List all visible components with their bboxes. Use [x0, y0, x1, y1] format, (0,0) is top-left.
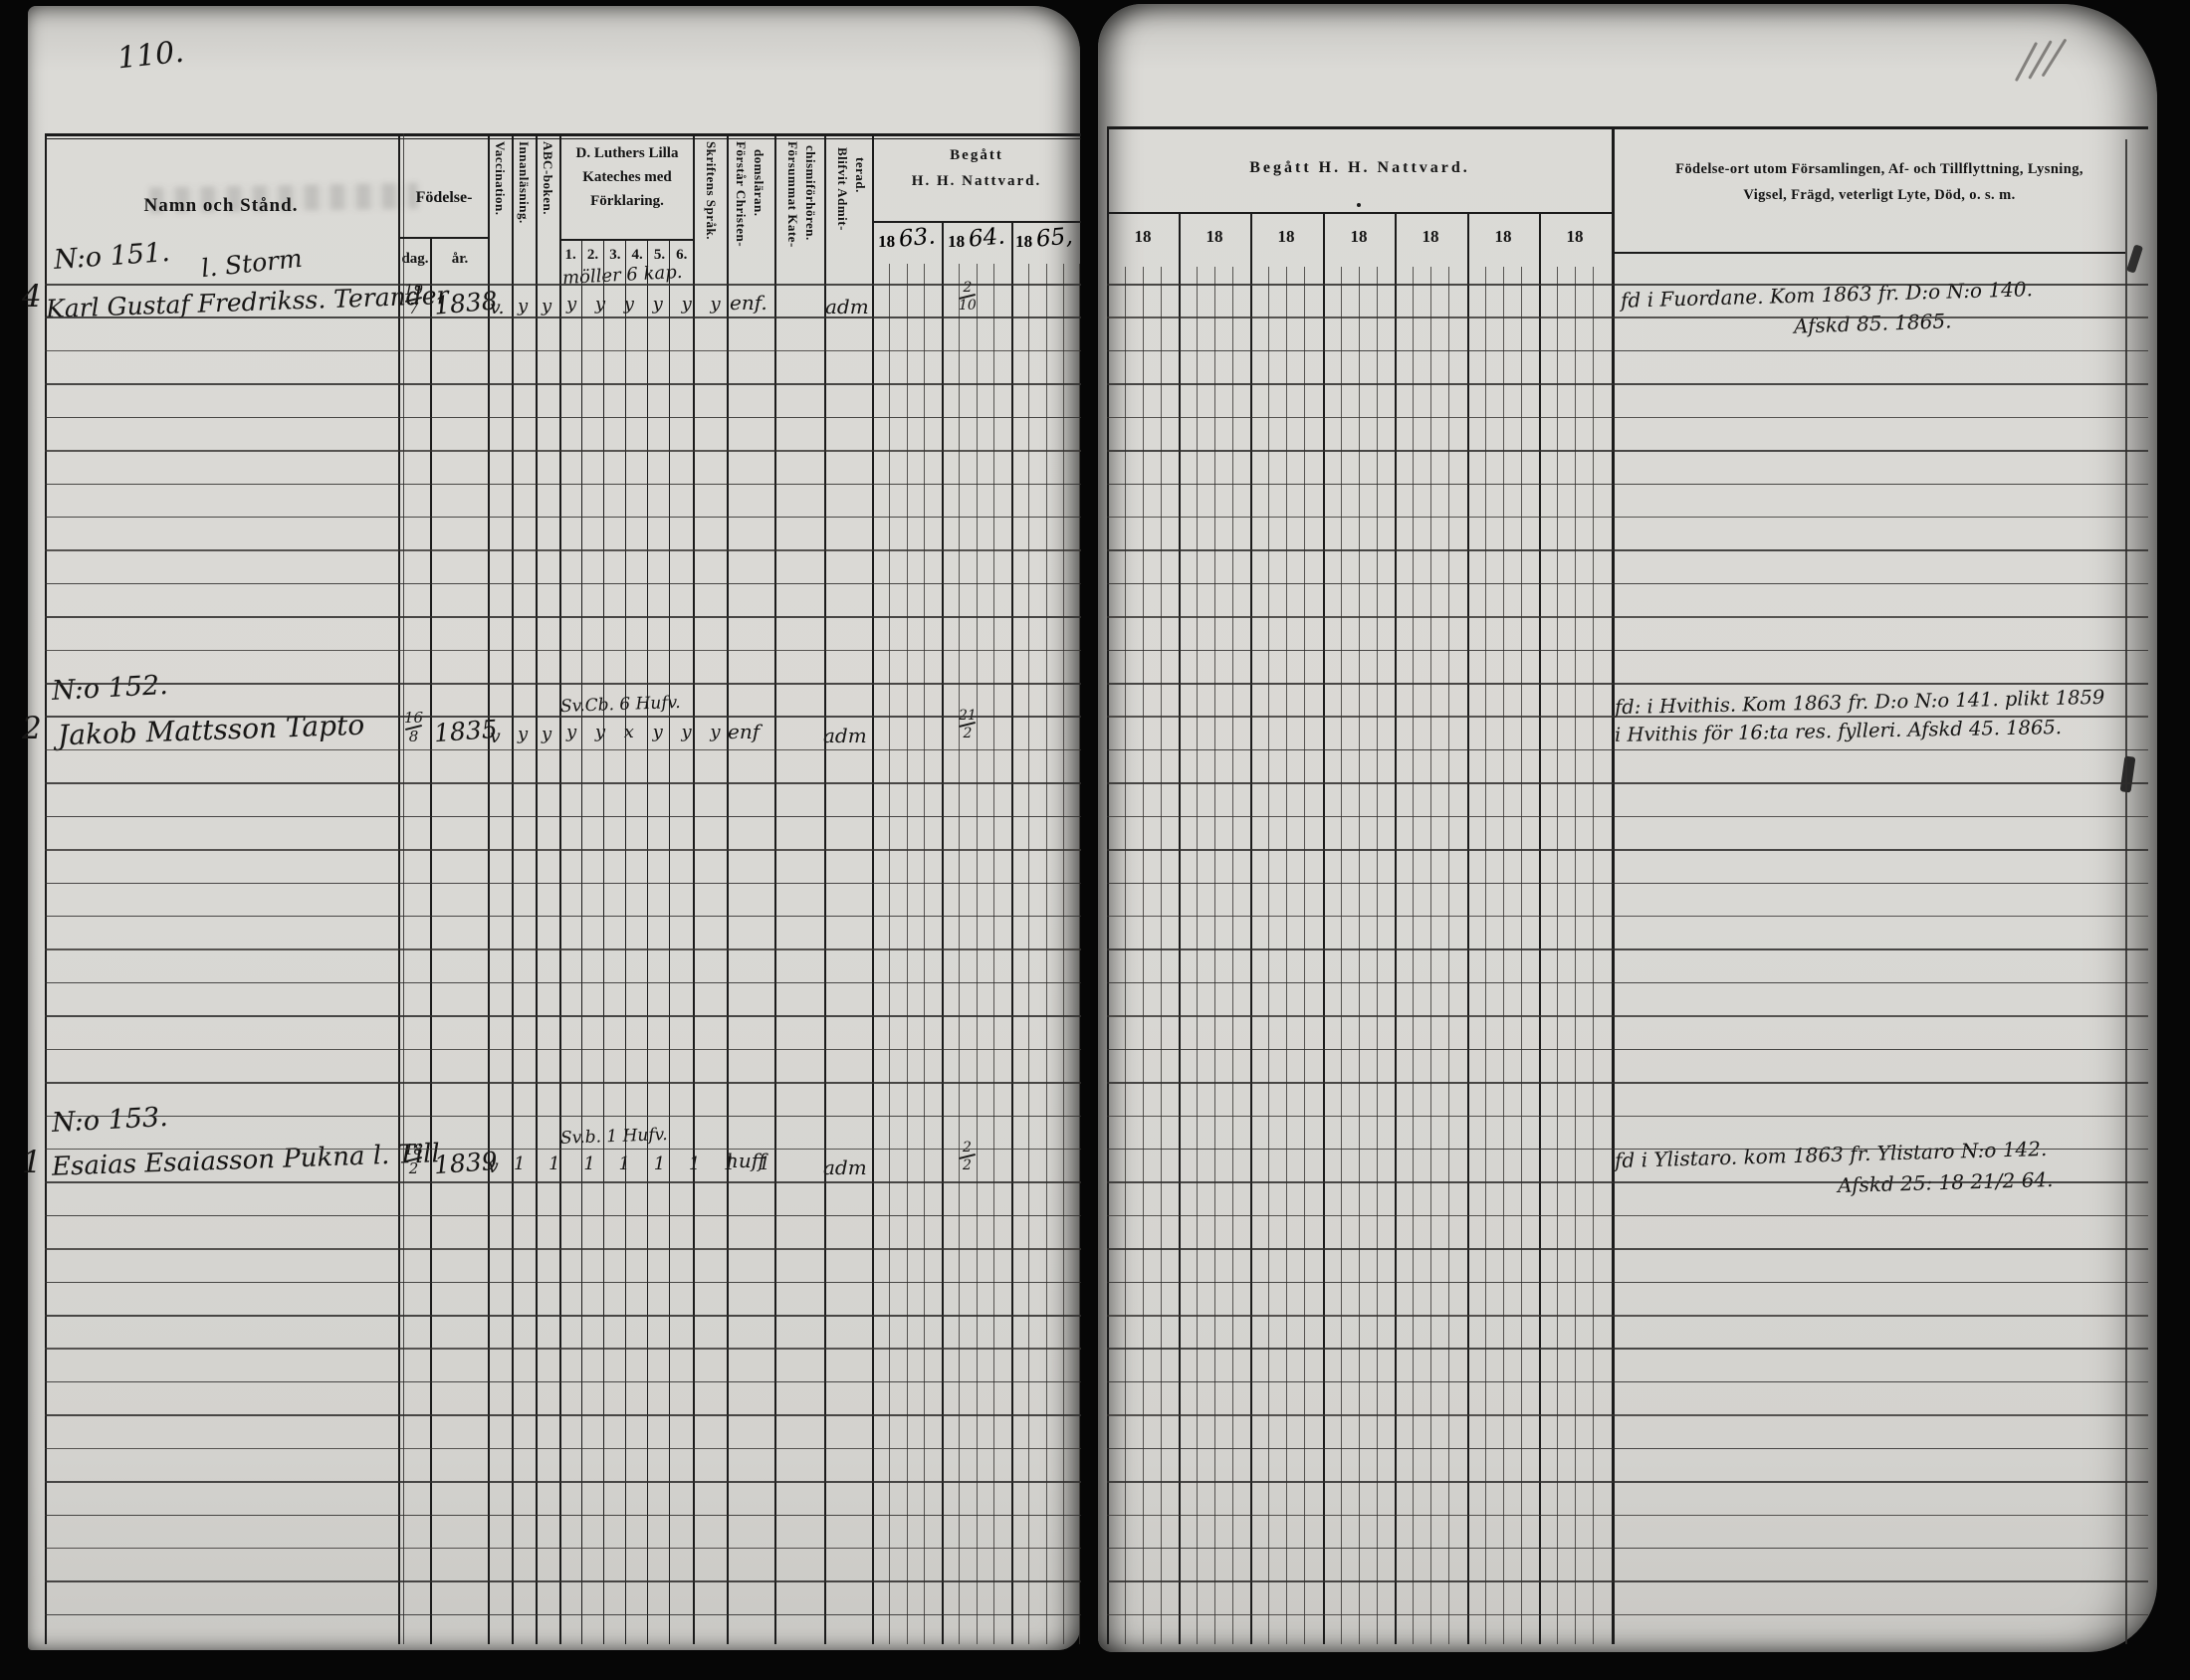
table-rule-horizontal: [45, 1315, 1081, 1317]
communion-year-blank: 18: [1395, 227, 1466, 247]
understands-mark: enf: [728, 720, 760, 743]
table-rule-vertical: [1286, 267, 1287, 1644]
table-rule-vertical: [1161, 267, 1162, 1644]
table-rule-horizontal: [45, 716, 1081, 718]
table-rule-vertical: [1503, 267, 1504, 1644]
page-number: 110.: [115, 35, 185, 77]
table-rule-horizontal: [45, 450, 1081, 452]
table-rule-vertical: [1063, 264, 1064, 1644]
table-rule-horizontal: [1107, 1282, 2148, 1284]
table-rule-horizontal: [1107, 1248, 2148, 1250]
table-rule-vertical: [1268, 267, 1269, 1644]
table-rule-horizontal: [45, 1381, 1081, 1383]
table-rule-vertical: [1250, 212, 1252, 1644]
table-rule-horizontal: [45, 816, 1081, 818]
col-header-missed-exams: Försummat Kate-: [784, 141, 800, 376]
table-rule-horizontal: [1107, 849, 2148, 851]
table-rule-vertical: [774, 133, 776, 1644]
table-rule-horizontal: [1107, 1049, 2148, 1051]
table-rule-horizontal: [1107, 782, 2148, 784]
table-rule-horizontal: [872, 221, 1081, 223]
table-rule-horizontal: [1107, 1082, 2148, 1084]
margin-mark: 4: [22, 279, 42, 315]
communion-year-1864: 18 64.: [942, 227, 1011, 253]
table-rule-horizontal: [45, 1580, 1081, 1582]
table-rule-horizontal: [45, 1149, 1081, 1151]
entry-number: N:o 152.: [51, 670, 168, 707]
catechism-marks: y y x y y y: [566, 722, 725, 742]
table-rule-vertical: [1448, 267, 1449, 1644]
abc-mark: y: [542, 296, 551, 316]
table-rule-horizontal: [45, 782, 1081, 784]
table-rule-vertical: [1232, 267, 1233, 1644]
table-rule-vertical: [403, 133, 404, 1644]
table-rule-vertical: [559, 133, 561, 1644]
col-header-admitted: Blifvit Admit-: [834, 147, 850, 376]
table-rule-horizontal: [1107, 383, 2148, 385]
vaccination-mark: v.: [490, 297, 505, 318]
table-rule-horizontal: [45, 1116, 1081, 1118]
admitted-mark: adm: [823, 724, 867, 747]
table-rule-horizontal: [1107, 948, 2148, 950]
table-rule-horizontal: [1107, 316, 2148, 318]
col-header-script-language: Skriftens Språk.: [703, 141, 719, 376]
table-rule-horizontal: [1107, 749, 2148, 751]
table-rule-vertical: [1323, 212, 1325, 1644]
col-header-vaccination: Vaccination.: [492, 141, 508, 283]
communion-header: H. H. Nattvard.: [912, 173, 1041, 190]
table-rule-horizontal: [398, 237, 488, 239]
table-rule-horizontal: [45, 616, 1081, 618]
table-rule-horizontal: [1107, 583, 2148, 585]
table-rule-vertical: [1612, 126, 1615, 1644]
margin-mark: 1: [22, 1145, 42, 1180]
table-rule-vertical: [512, 133, 514, 1644]
table-rule-horizontal: [1107, 1381, 2148, 1383]
col-header-understands: domsläran.: [751, 149, 766, 384]
col-header-birth: Födelse-: [416, 189, 473, 207]
table-rule-horizontal: [1107, 1481, 2148, 1483]
col-header-name: Namn och Stånd.: [144, 195, 299, 217]
table-rule-vertical: [2125, 139, 2127, 1644]
communion-header: Begått: [950, 147, 1003, 164]
table-rule-horizontal: [1107, 284, 2148, 286]
communion-year-blank: 18: [1323, 227, 1395, 247]
table-rule-vertical: [1107, 126, 1109, 1644]
table-rule-vertical: [1079, 264, 1080, 1644]
col-header-innanlasning: Innanläsning.: [516, 141, 532, 283]
col-header-catechism: Förklaring.: [590, 193, 664, 210]
table-rule-vertical: [1197, 267, 1198, 1644]
table-rule-horizontal: [45, 1448, 1081, 1450]
table-rule-horizontal: [1612, 252, 2125, 254]
table-rule-vertical: [488, 133, 490, 1644]
table-rule-horizontal: [45, 350, 1081, 352]
table-rule-horizontal: [45, 1181, 1081, 1183]
table-rule-horizontal: [1107, 683, 2148, 685]
table-rule-vertical: [1125, 267, 1126, 1644]
table-rule-vertical: [1377, 267, 1378, 1644]
table-rule-vertical: [1413, 267, 1414, 1644]
table-rule-vertical: [1179, 212, 1181, 1644]
table-rule-vertical: [1521, 267, 1522, 1644]
communion-year-blank: 18: [1539, 227, 1611, 247]
table-rule-horizontal: [1107, 1015, 2148, 1017]
communion-year-blank: 18: [1179, 227, 1250, 247]
table-rule-vertical: [1341, 267, 1342, 1644]
table-rule-horizontal: [45, 749, 1081, 751]
table-rule-horizontal: [45, 549, 1081, 551]
table-rule-horizontal: [1107, 450, 2148, 452]
col-header-admitted: terad.: [852, 157, 868, 386]
table-rule-horizontal: [45, 849, 1081, 851]
table-rule-vertical: [907, 264, 908, 1644]
table-rule-horizontal: [45, 517, 1081, 519]
table-rule-vertical: [1359, 267, 1360, 1644]
notes-column-header: Födelse-ort utom Församlingen, Af- och T…: [1675, 161, 2083, 178]
table-rule-horizontal: [45, 916, 1081, 918]
table-rule-vertical: [1304, 267, 1305, 1644]
vaccination-mark: v: [490, 726, 501, 747]
table-rule-vertical: [1143, 267, 1144, 1644]
table-rule-vertical: [430, 237, 432, 1644]
table-rule-vertical: [1557, 267, 1558, 1644]
table-rule-horizontal: [1107, 212, 1612, 214]
reading-mark: y: [518, 724, 528, 744]
catechism-note: Sv.Cb. 6 Hufv.: [560, 693, 681, 717]
table-rule-horizontal: [1107, 517, 2148, 519]
col-header-birth-year: år.: [452, 251, 469, 268]
notes-column-header: Vigsel, Frägd, veterligt Lyte, Död, o. s…: [1743, 187, 2015, 204]
table-rule-vertical: [1575, 267, 1576, 1644]
table-rule-horizontal: [45, 583, 1081, 585]
table-rule-horizontal: [45, 1515, 1081, 1517]
table-rule-horizontal: [1107, 616, 2148, 618]
table-rule-horizontal: [45, 1348, 1081, 1350]
communion-year-blank: 18: [1467, 227, 1539, 247]
table-rule-horizontal: [45, 316, 1081, 318]
birth-date: 197: [404, 283, 423, 316]
table-rule-horizontal: [45, 484, 1081, 486]
table-rule-horizontal: [1107, 1181, 2148, 1183]
table-rule-vertical: [536, 133, 538, 1644]
table-rule-vertical: [942, 221, 944, 1644]
table-rule-horizontal: [45, 1248, 1081, 1250]
table-rule-vertical: [1485, 267, 1486, 1644]
table-rule-horizontal: [1107, 650, 2148, 652]
table-rule-vertical: [993, 264, 994, 1644]
table-rule-vertical: [924, 264, 925, 1644]
table-rule-horizontal: [45, 650, 1081, 652]
table-rule-horizontal: [1107, 484, 2148, 486]
table-rule-vertical: [1011, 221, 1013, 1644]
table-rule-horizontal: [45, 1548, 1081, 1550]
table-rule-horizontal: [45, 1015, 1081, 1017]
table-rule-vertical: [1430, 267, 1431, 1644]
table-rule-horizontal: [1107, 1414, 2148, 1416]
table-rule-vertical: [398, 133, 400, 1644]
table-rule-vertical: [1046, 264, 1047, 1644]
table-rule-horizontal: [45, 948, 1081, 950]
col-header-birth-day: dag.: [401, 251, 428, 268]
table-rule-vertical: [1028, 264, 1029, 1644]
table-rule-vertical: [1214, 267, 1215, 1644]
table-rule-horizontal: [1107, 1149, 2148, 1151]
admitted-mark: adm: [823, 1155, 867, 1179]
table-rule-horizontal: [45, 683, 1081, 685]
table-rule-horizontal: [1107, 716, 2148, 718]
table-rule-horizontal: [45, 1215, 1081, 1217]
communion-date: 212: [959, 709, 977, 740]
table-rule-vertical: [872, 133, 874, 1644]
catechism-note: Sv.b. 1 Hufv.: [560, 1125, 668, 1149]
table-rule-horizontal: [45, 883, 1081, 885]
understands-mark: huff: [726, 1149, 766, 1172]
table-rule-vertical: [889, 264, 890, 1644]
table-rule-vertical: [727, 133, 729, 1644]
table-rule-horizontal: [45, 284, 1081, 286]
table-rule-horizontal: [1107, 1614, 2148, 1616]
ledger-scan: 110. Namn och Stånd. Födelse- dag. år. V…: [0, 0, 2190, 1680]
table-rule-vertical: [1467, 212, 1469, 1644]
communion-header-right: Begått H. H. Nattvard.: [1249, 159, 1470, 177]
table-rule-horizontal: [1107, 1448, 2148, 1450]
col-header-catechism: Kateches med: [582, 169, 672, 186]
communion-year-blank: 18: [1107, 227, 1179, 247]
table-rule-horizontal: [1107, 883, 2148, 885]
table-rule-vertical: [824, 133, 826, 1644]
table-rule-vertical: [977, 264, 978, 1644]
col-header-understands: Förstår Christen-: [733, 141, 749, 376]
table-rule-horizontal: [45, 1481, 1081, 1483]
table-rule-horizontal: [1107, 126, 2148, 129]
margin-mark: 2: [22, 711, 42, 746]
entry-number: N:o 153.: [51, 1102, 168, 1139]
understands-mark: enf.: [730, 291, 767, 315]
communion-year-1863: 18 63.: [872, 227, 942, 253]
table-rule-horizontal: [45, 417, 1081, 419]
decorative-dot: [1357, 203, 1361, 207]
table-rule-horizontal: [45, 138, 1081, 139]
table-rule-horizontal: [1107, 1515, 2148, 1517]
table-rule-horizontal: [1107, 350, 2148, 352]
table-rule-vertical: [1593, 267, 1594, 1644]
table-rule-horizontal: [45, 1282, 1081, 1284]
communion-year-blank: 18: [1250, 227, 1322, 247]
col-header-abc-boken: ABC-boken.: [540, 141, 555, 283]
admitted-mark: adm: [825, 295, 869, 318]
table-rule-horizontal: [45, 1614, 1081, 1616]
table-rule-vertical: [959, 264, 960, 1644]
table-rule-horizontal: [45, 133, 1081, 136]
table-rule-horizontal: [1107, 1548, 2148, 1550]
table-rule-horizontal: [45, 383, 1081, 385]
table-rule-horizontal: [45, 982, 1081, 984]
communion-date: 22: [959, 1141, 976, 1172]
table-rule-horizontal: [1107, 1315, 2148, 1317]
catechism-marks: y y y y y y: [566, 294, 725, 315]
table-rule-vertical: [45, 133, 47, 1644]
abc-mark: y: [542, 724, 551, 744]
table-rule-horizontal: [45, 1414, 1081, 1416]
reading-mark: y: [518, 296, 528, 316]
table-rule-vertical: [1539, 212, 1541, 1644]
table-rule-horizontal: [1107, 916, 2148, 918]
table-rule-vertical: [693, 133, 695, 1644]
table-rule-horizontal: [1107, 1580, 2148, 1582]
communion-year-1865: 18 65,: [1009, 227, 1079, 253]
table-rule-horizontal: [1107, 1348, 2148, 1350]
table-rule-vertical: [1395, 212, 1397, 1644]
table-rule-horizontal: [1107, 1215, 2148, 1217]
table-rule-horizontal: [1107, 417, 2148, 419]
table-rule-horizontal: [45, 1082, 1081, 1084]
table-rule-horizontal: [1107, 549, 2148, 551]
col-header-missed-exams: chismiförhören.: [802, 145, 818, 380]
table-rule-horizontal: [45, 1049, 1081, 1051]
table-rule-horizontal: [1107, 982, 2148, 984]
table-rule-horizontal: [1107, 816, 2148, 818]
table-rule-horizontal: [1107, 1116, 2148, 1118]
col-header-catechism: D. Luthers Lilla: [576, 145, 679, 162]
